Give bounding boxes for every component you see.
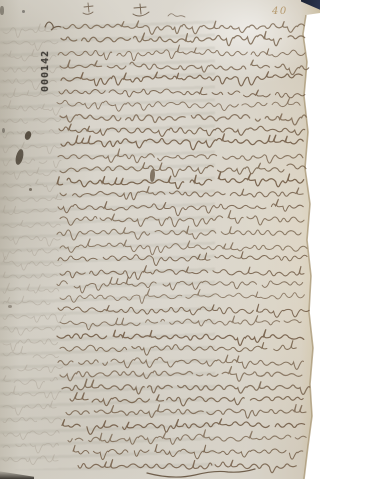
ghost-line bbox=[3, 417, 62, 423]
handwriting-lines-group bbox=[57, 21, 311, 473]
ghost-line bbox=[3, 339, 58, 351]
handwriting-line bbox=[60, 266, 304, 280]
ghost-line bbox=[3, 256, 62, 270]
ghost-line bbox=[3, 326, 61, 335]
ghost-line bbox=[3, 314, 66, 323]
handwriting-line bbox=[58, 252, 307, 266]
handwriting-line bbox=[68, 430, 306, 444]
handwriting-line bbox=[60, 341, 302, 356]
ghost-line bbox=[3, 194, 62, 201]
handwriting-line bbox=[60, 187, 303, 200]
handwriting-line bbox=[60, 239, 307, 255]
ghost-line bbox=[3, 376, 57, 389]
handwriting-line bbox=[60, 289, 311, 304]
ghost-lines-group bbox=[3, 24, 66, 465]
handwriting-line bbox=[58, 199, 303, 215]
handwriting-line bbox=[57, 172, 304, 189]
archive-stamp: 000142 bbox=[40, 44, 51, 92]
manuscript-photo: 000142 40 bbox=[0, 0, 320, 479]
ink-speck bbox=[29, 188, 32, 191]
ghost-line bbox=[3, 443, 65, 453]
ghost-line bbox=[3, 365, 63, 373]
ghost-line bbox=[3, 64, 62, 73]
ghost-line bbox=[3, 386, 61, 399]
ink-speck bbox=[2, 128, 5, 133]
handwriting-line bbox=[73, 444, 303, 459]
ghost-line bbox=[3, 283, 59, 293]
handwriting-line bbox=[62, 419, 305, 434]
handwriting-line bbox=[57, 277, 303, 293]
ghost-line bbox=[3, 236, 60, 246]
handwriting-line bbox=[63, 21, 304, 34]
underline-flourish bbox=[147, 469, 255, 477]
ghost-line bbox=[3, 88, 60, 98]
ghost-line bbox=[3, 220, 60, 227]
handwriting-line bbox=[60, 163, 306, 177]
handwriting-line bbox=[60, 114, 306, 125]
ghost-line bbox=[3, 272, 57, 278]
ink-speck bbox=[8, 305, 12, 308]
handwriting-line bbox=[60, 367, 302, 382]
ghost-line bbox=[3, 156, 61, 167]
handwriting-line bbox=[60, 316, 301, 330]
ghost-line bbox=[3, 101, 63, 116]
ink-speck bbox=[22, 10, 25, 13]
handwriting-line bbox=[70, 393, 303, 406]
handwriting-line bbox=[58, 149, 303, 163]
handwriting-line bbox=[66, 405, 306, 419]
handwriting-line bbox=[62, 379, 310, 394]
extra-strokes-group bbox=[45, 3, 255, 477]
ghost-line bbox=[3, 296, 57, 305]
superscript-word bbox=[168, 14, 185, 17]
handwriting-line bbox=[58, 45, 305, 61]
handwriting-line bbox=[61, 134, 303, 150]
margin-mark bbox=[45, 22, 61, 30]
ghost-line bbox=[3, 401, 56, 415]
top-left-edge-mark bbox=[0, 6, 4, 15]
handwriting-line bbox=[60, 211, 304, 227]
handwriting-line bbox=[58, 304, 309, 317]
ghost-line bbox=[3, 455, 58, 465]
handwriting-line bbox=[59, 124, 305, 136]
ghost-line bbox=[3, 206, 57, 215]
handwriting-line bbox=[57, 330, 304, 346]
ghost-line bbox=[3, 24, 57, 38]
ghost-line bbox=[3, 142, 62, 154]
cross-mark-2 bbox=[133, 4, 149, 16]
handwriting-line bbox=[61, 31, 305, 45]
ghost-line bbox=[3, 118, 61, 123]
cross-mark-1 bbox=[83, 3, 93, 14]
handwriting-line bbox=[57, 226, 301, 240]
ghost-line bbox=[3, 168, 56, 180]
folio-number: 40 bbox=[272, 6, 288, 17]
handwriting-line bbox=[78, 460, 296, 473]
ghost-line bbox=[3, 249, 58, 260]
handwriting-line bbox=[59, 87, 305, 97]
ghost-line bbox=[3, 430, 59, 439]
handwriting-line bbox=[61, 72, 302, 86]
handwriting-line bbox=[58, 355, 303, 369]
handwriting-line bbox=[60, 60, 309, 75]
handwriting-line bbox=[57, 98, 300, 111]
